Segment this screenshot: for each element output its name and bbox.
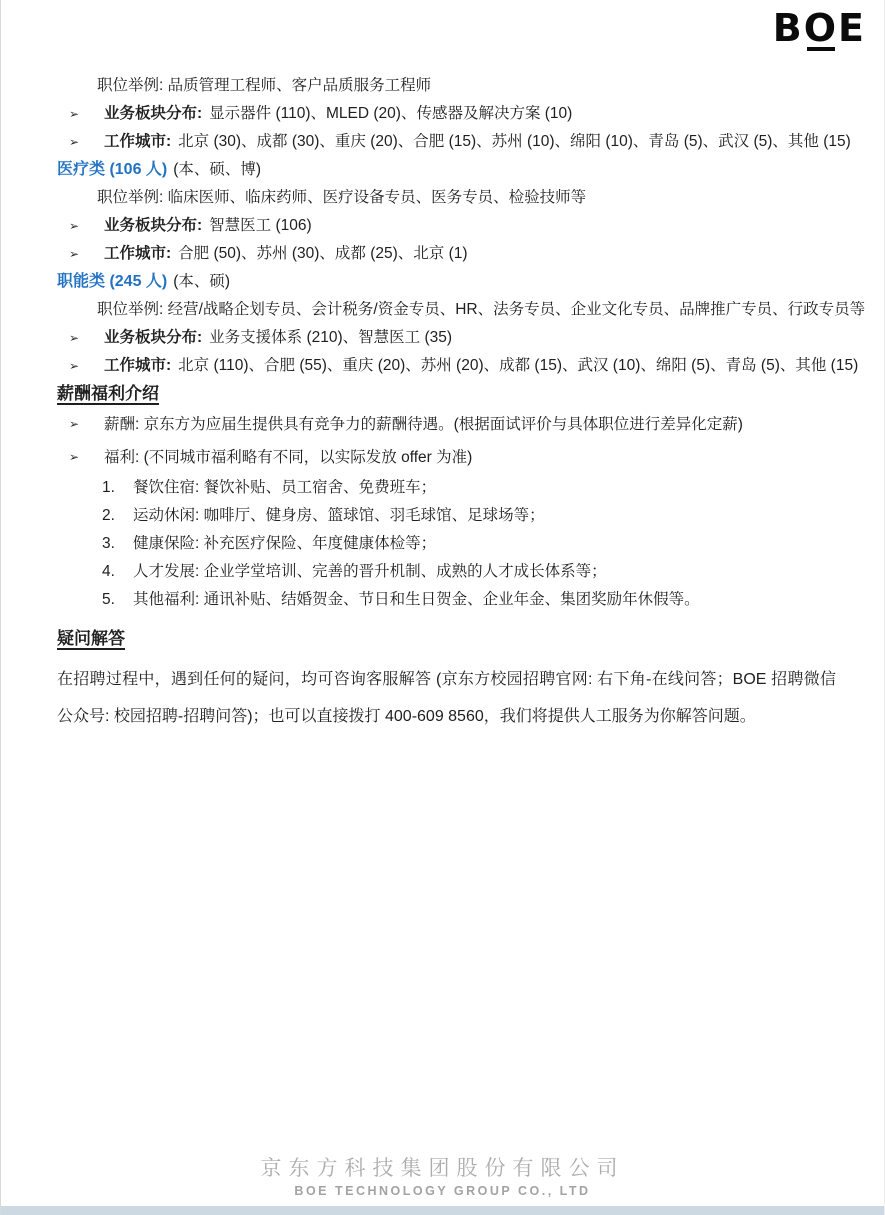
job-example-line: 职位举例: 临床医师、临床药师、医疗设备专员、医务专员、检验技师等 [57,184,836,212]
qa-paragraph: 在招聘过程中，遇到任何的疑问，均可咨询客服解答 (京东方校园招聘官网: 右下角-… [57,661,836,735]
list-item-number: 4. [102,558,115,586]
bullet-text: 北京 (110)、合肥 (55)、重庆 (20)、苏州 (20)、成都 (15)… [178,357,858,374]
list-item-text: 健康保险: 补充医疗保险、年度健康体检等； [133,535,436,552]
arrow-bullet-icon: ➢ [69,240,79,268]
boe-logo-letter-b: B [773,6,804,50]
job-example-line: 职位举例: 经营/战略企划专员、会计税务/资金专员、HR、法务专员、企业文化专员… [57,296,836,324]
arrow-bullet-icon: ➢ [69,100,79,128]
bullet-item: ➢工作城市:北京 (110)、合肥 (55)、重庆 (20)、苏州 (20)、成… [57,352,836,380]
section-heading: 疑问解答 [57,625,836,653]
footer-company-name-en: BOE TECHNOLOGY GROUP CO., LTD [1,1184,884,1199]
bullet-item: ➢工作城市:北京 (30)、成都 (30)、重庆 (20)、合肥 (15)、苏州… [57,128,836,156]
section-heading: 薪酬福利介绍 [57,380,836,408]
arrow-bullet-icon: ➢ [69,212,79,240]
list-item-number: 2. [102,502,115,530]
category-title: 医疗类 (106 人) [57,161,167,178]
bullet-item: ➢工作城市:合肥 (50)、苏州 (30)、成都 (25)、北京 (1) [57,240,836,268]
numbered-list-item: 1.餐饮住宿: 餐饮补贴、员工宿舍、免费班车； [57,474,836,502]
list-item-text: 人才发展: 企业学堂培训、完善的晋升机制、成熟的人才成长体系等； [133,563,607,580]
boe-logo-letter-e: E [838,6,866,50]
bullet-label: 业务板块分布: [104,105,202,122]
page-bottom-bar [1,1206,884,1215]
list-item-text: 餐饮住宿: 餐饮补贴、员工宿舍、免费班车； [133,479,436,496]
arrow-bullet-icon: ➢ [69,352,79,380]
bullet-text: 显示器件 (110)、MLED (20)、传感器及解决方案 (10) [209,105,572,122]
list-item-number: 3. [102,530,115,558]
bullet-item: ➢业务板块分布:智慧医工 (106) [57,212,836,240]
category-title: 职能类 (245 人) [57,273,167,290]
category-heading: 职能类 (245 人)(本、硕) [57,268,836,296]
job-example-line: 职位举例: 品质管理工程师、客户品质服务工程师 [57,72,836,100]
bullet-text: 福利: (不同城市福利略有不同，以实际发放 offer 为准) [104,449,472,466]
bullet-item: ➢业务板块分布:业务支援体系 (210)、智慧医工 (35) [57,324,836,352]
bullet-label: 工作城市: [104,133,171,150]
bullet-item: ➢业务板块分布:显示器件 (110)、MLED (20)、传感器及解决方案 (1… [57,100,836,128]
list-item-number: 5. [102,586,115,614]
section-heading-text: 疑问解答 [57,629,125,648]
bullet-text: 薪酬: 京东方为应届生提供具有竞争力的薪酬待遇。(根据面试评价与具体职位进行差异… [104,416,743,433]
bullet-label: 工作城市: [104,245,171,262]
numbered-list-item: 3.健康保险: 补充医疗保险、年度健康体检等； [57,530,836,558]
bullet-item: ➢福利: (不同城市福利略有不同，以实际发放 offer 为准) [57,441,836,474]
list-item-text: 运动休闲: 咖啡厅、健身房、篮球馆、羽毛球馆、足球场等； [133,507,545,524]
arrow-bullet-icon: ➢ [69,324,79,352]
boe-logo: BOE [773,8,866,48]
bullet-text: 合肥 (50)、苏州 (30)、成都 (25)、北京 (1) [178,245,467,262]
bullet-label: 业务板块分布: [104,217,202,234]
bullet-item: ➢薪酬: 京东方为应届生提供具有竞争力的薪酬待遇。(根据面试评价与具体职位进行差… [57,408,836,441]
category-heading: 医疗类 (106 人)(本、硕、博) [57,156,836,184]
document-content: 职位举例: 品质管理工程师、客户品质服务工程师➢业务板块分布:显示器件 (110… [57,72,836,735]
numbered-list-item: 2.运动休闲: 咖啡厅、健身房、篮球馆、羽毛球馆、足球场等； [57,502,836,530]
bullet-label: 业务板块分布: [104,329,202,346]
bullet-label: 工作城市: [104,357,171,374]
arrow-bullet-icon: ➢ [69,408,79,441]
category-degree-suffix: (本、硕、博) [173,161,261,178]
arrow-bullet-icon: ➢ [69,441,79,474]
bullet-text: 北京 (30)、成都 (30)、重庆 (20)、合肥 (15)、苏州 (10)、… [178,133,851,150]
list-item-number: 1. [102,474,115,502]
footer-company-name-cn: 京东方科技集团股份有限公司 [1,1157,884,1181]
list-item-text: 其他福利: 通讯补贴、结婚贺金、节日和生日贺金、企业年金、集团奖励年休假等。 [133,591,700,608]
arrow-bullet-icon: ➢ [69,128,79,156]
category-degree-suffix: (本、硕) [173,273,230,290]
numbered-list-item: 4.人才发展: 企业学堂培训、完善的晋升机制、成熟的人才成长体系等； [57,558,836,586]
page-footer: 京东方科技集团股份有限公司 BOE TECHNOLOGY GROUP CO., … [1,1157,884,1199]
document-page: BOE 职位举例: 品质管理工程师、客户品质服务工程师➢业务板块分布:显示器件 … [0,0,885,1215]
bullet-text: 业务支援体系 (210)、智慧医工 (35) [209,329,452,346]
numbered-list-item: 5.其他福利: 通讯补贴、结婚贺金、节日和生日贺金、企业年金、集团奖励年休假等。 [57,586,836,614]
boe-logo-letter-o-underlined: O [804,8,838,48]
section-heading-text: 薪酬福利介绍 [57,384,159,403]
bullet-text: 智慧医工 (106) [209,217,312,234]
